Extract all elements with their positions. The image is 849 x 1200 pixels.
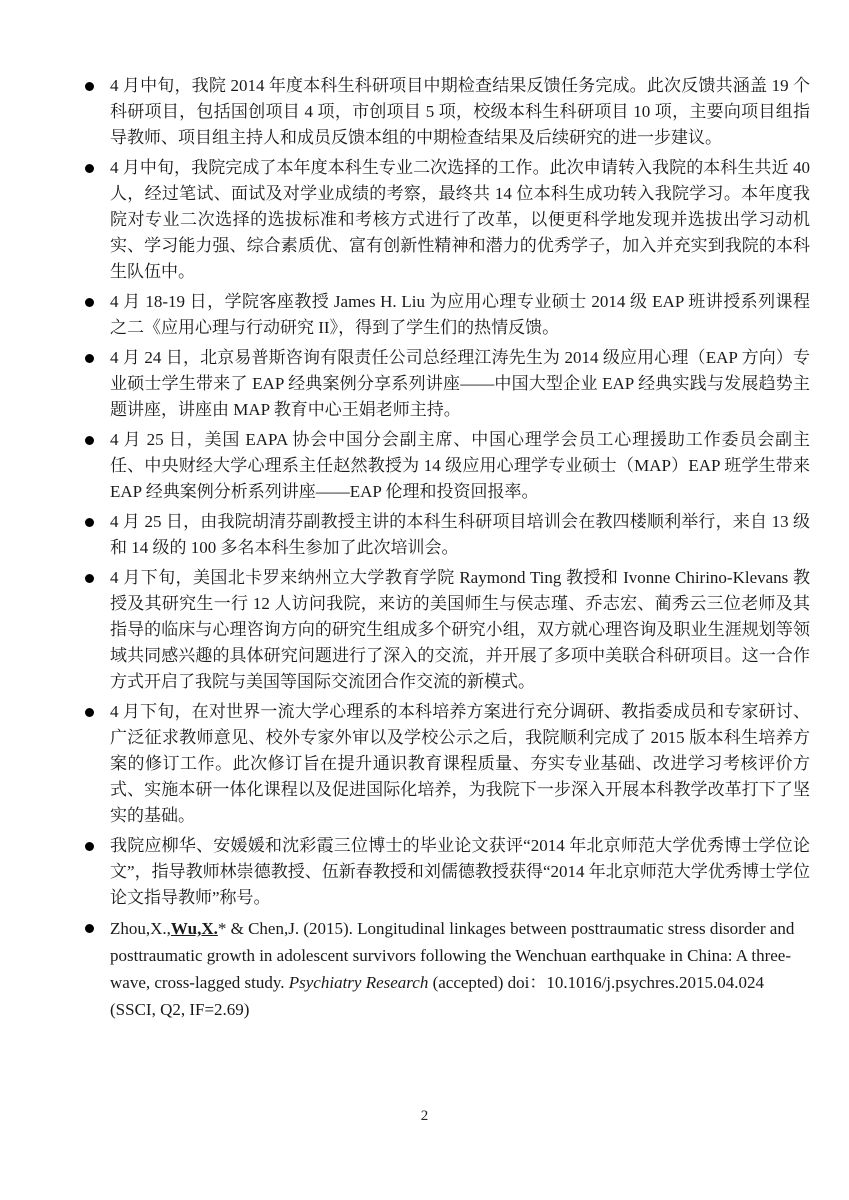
bullet-icon xyxy=(85,289,110,341)
bullet-icon xyxy=(85,509,110,561)
bullet-icon xyxy=(85,699,110,829)
bullet-icon xyxy=(85,565,110,695)
list-item: 4 月 18-19 日，学院客座教授 James H. Liu 为应用心理专业硕… xyxy=(85,289,810,341)
bullet-text: 4 月 25 日，由我院胡清芬副教授主讲的本科生科研项目培训会在教四楼顺利举行，… xyxy=(110,509,810,561)
list-item: 4 月下旬，在对世界一流大学心理系的本科培养方案进行充分调研、教指委成员和专家研… xyxy=(85,699,810,829)
list-item: 4 月 25 日，由我院胡清芬副教授主讲的本科生科研项目培训会在教四楼顺利举行，… xyxy=(85,509,810,561)
list-item: 4 月 25 日，美国 EAPA 协会中国分会副主席、中国心理学会员工心理援助工… xyxy=(85,427,810,505)
bullet-text: 4 月 18-19 日，学院客座教授 James H. Liu 为应用心理专业硕… xyxy=(110,289,810,341)
list-item: 4 月中旬，我院 2014 年度本科生科研项目中期检查结果反馈任务完成。此次反馈… xyxy=(85,73,810,151)
bullet-list: 4 月中旬，我院 2014 年度本科生科研项目中期检查结果反馈任务完成。此次反馈… xyxy=(85,73,810,1027)
bullet-text: 4 月下旬，美国北卡罗来纳州立大学教育学院 Raymond Ting 教授和 I… xyxy=(110,565,810,695)
bullet-icon xyxy=(85,833,110,911)
page-number: 2 xyxy=(0,1108,849,1125)
bullet-text: 4 月中旬，我院完成了本年度本科生专业二次选择的工作。此次申请转入我院的本科生共… xyxy=(110,155,810,285)
bullet-icon xyxy=(85,345,110,423)
bullet-text: 4 月 24 日，北京易普斯咨询有限责任公司总经理江涛先生为 2014 级应用心… xyxy=(110,345,810,423)
citation-journal: Psychiatry Research xyxy=(289,973,429,992)
list-item: 4 月下旬，美国北卡罗来纳州立大学教育学院 Raymond Ting 教授和 I… xyxy=(85,565,810,695)
list-item: 4 月中旬，我院完成了本年度本科生专业二次选择的工作。此次申请转入我院的本科生共… xyxy=(85,155,810,285)
list-item-citation: Zhou,X.,Wu,X.* & Chen,J. (2015). Longitu… xyxy=(85,915,810,1023)
list-item: 我院应柳华、安媛媛和沈彩霞三位博士的毕业论文获评“2014 年北京师范大学优秀博… xyxy=(85,833,810,911)
bullet-text: 4 月 25 日，美国 EAPA 协会中国分会副主席、中国心理学会员工心理援助工… xyxy=(110,427,810,505)
bullet-icon xyxy=(85,427,110,505)
citation-text: Zhou,X.,Wu,X.* & Chen,J. (2015). Longitu… xyxy=(110,915,810,1023)
list-item: 4 月 24 日，北京易普斯咨询有限责任公司总经理江涛先生为 2014 级应用心… xyxy=(85,345,810,423)
citation-author-highlighted: Wu,X. xyxy=(171,919,218,938)
bullet-text: 4 月中旬，我院 2014 年度本科生科研项目中期检查结果反馈任务完成。此次反馈… xyxy=(110,73,810,151)
bullet-text: 我院应柳华、安媛媛和沈彩霞三位博士的毕业论文获评“2014 年北京师范大学优秀博… xyxy=(110,833,810,911)
bullet-icon xyxy=(85,73,110,151)
bullet-icon xyxy=(85,915,110,1023)
bullet-text: 4 月下旬，在对世界一流大学心理系的本科培养方案进行充分调研、教指委成员和专家研… xyxy=(110,699,810,829)
citation-authors: Zhou,X., xyxy=(110,919,171,938)
bullet-icon xyxy=(85,155,110,285)
document-page: 4 月中旬，我院 2014 年度本科生科研项目中期检查结果反馈任务完成。此次反馈… xyxy=(0,0,849,1200)
